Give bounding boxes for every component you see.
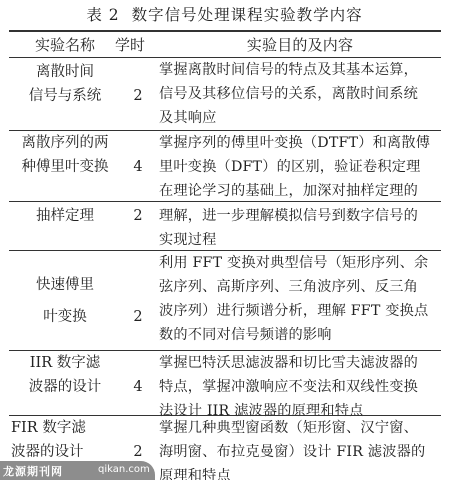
experiment-name: 离散时间 信号与系统 [9, 60, 121, 108]
experiment-name: 抽样定理 [9, 204, 121, 228]
experiment-content: 掌握几种典型窗函数（矩形窗、汉宁窗、 海明窗、布拉克曼窗）设计 FIR 滤波器的… [159, 416, 441, 480]
header-hours: 学时 [113, 33, 147, 57]
table-number: 表 2 [86, 6, 119, 24]
top-rule [9, 30, 441, 32]
header-name: 实验名称 [9, 33, 121, 57]
hours: 2 [121, 84, 155, 108]
table-row: 抽样定理 2 理解，进一步理解模拟信号到数字信号的 实现过程 [9, 202, 441, 250]
experiment-content: 掌握巴特沃思滤波器和切比雪夫滤波器的 特点，掌握冲激响应不变法和双线性变换 法设… [159, 351, 441, 423]
experiment-name: IIR 数字滤 波器的设计 [9, 351, 121, 399]
experiment-content: 理解，进一步理解模拟信号到数字信号的 实现过程 [159, 204, 441, 252]
header-content: 实验目的及内容 [159, 33, 441, 57]
hours: 4 [121, 375, 155, 399]
table-caption: 表 2数字信号处理课程实验教学内容 [0, 3, 449, 25]
table-row: 离散序列的两 种傅里叶变换 4 掌握序列的傅里叶变换（DTFT）和离散傅 里叶变… [9, 131, 441, 203]
experiment-name: FIR 数字滤 波器的设计 [9, 416, 123, 464]
table-header: 实验名称 学时 实验目的及内容 [9, 33, 441, 57]
table-row: 快速傅里 叶变换 2 利用 FFT 变换对典型信号（矩形序列、余 弦序列、高斯序… [9, 251, 441, 347]
experiment-content: 掌握离散时间信号的特点及其基本运算， 信号及其移位信号的关系，离散时间系统 及其… [159, 58, 441, 130]
table-title: 数字信号处理课程实验教学内容 [132, 6, 363, 24]
table-row: IIR 数字滤 波器的设计 4 掌握巴特沃思滤波器和切比雪夫滤波器的 特点，掌握… [9, 351, 441, 423]
watermark-brand: 龙源期刊网 [3, 463, 63, 479]
experiment-content: 利用 FFT 变换对典型信号（矩形序列、余 弦序列、高斯序列、三角波序列、反三角… [159, 251, 441, 347]
hours: 4 [121, 155, 155, 179]
experiment-name: 离散序列的两 种傅里叶变换 [9, 131, 121, 179]
experiment-content: 掌握序列的傅里叶变换（DTFT）和离散傅 里叶变换（DFT）的区别，验证卷积定理… [159, 131, 441, 203]
hours: 2 [121, 204, 155, 228]
table-row: 离散时间 信号与系统 2 掌握离散时间信号的特点及其基本运算， 信号及其移位信号… [9, 58, 441, 130]
hours: 2 [121, 305, 155, 329]
watermark-url: qikan.com [98, 464, 150, 475]
watermark-banner: 龙源期刊网 qikan.com [0, 461, 155, 480]
experiment-name: 快速傅里 叶变换 [9, 273, 121, 329]
